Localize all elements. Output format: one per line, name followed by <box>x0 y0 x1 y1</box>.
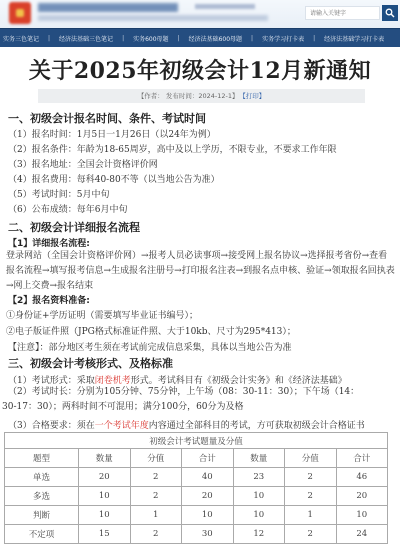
table-header: 合计 <box>182 449 234 468</box>
nav-separator: | <box>245 35 259 42</box>
nav-separator: | <box>307 35 321 42</box>
search-icon <box>385 8 395 18</box>
registration-process: 登录网站（全国会计资格评价网）→报考人员必读事项→接受网上报名协议→选择报考省份… <box>6 249 396 294</box>
section2-heading: 二、初级会计详细报名流程 <box>8 219 140 235</box>
section3-item3: （3）合格要求：须在一个考试年度内容通过全部科目的考试，方可获取初级会计合格证书 <box>8 418 365 431</box>
nav-item-jingjifa-notes[interactable]: 经济法基础三色笔记 <box>56 34 116 43</box>
table-caption: 初级会计考试题量及分值 <box>5 433 388 449</box>
table-cell: 1 <box>130 506 182 525</box>
table-cell: 46 <box>336 468 388 487</box>
table-cell: 2 <box>285 468 337 487</box>
section1-item: （4）报名费用：每科40-80不等（以当地公告为准） <box>8 172 220 185</box>
nav-separator: | <box>116 35 130 42</box>
section1-item: （3）报名地址：全国会计资格评价网 <box>8 157 158 170</box>
table-cell: 判断 <box>5 506 79 525</box>
table-cell: 10 <box>233 487 285 506</box>
nav-separator: | <box>42 35 56 42</box>
article-title: 关于2025年初级会计12月新通知 <box>0 54 400 85</box>
table-cell: 30 <box>182 525 234 544</box>
table-cell: 2 <box>285 525 337 544</box>
top-nav: 实务三色笔记 | 经济法基础三色笔记 | 实务600母题 | 经济法基础600母… <box>0 28 400 47</box>
table-cell: 10 <box>233 506 285 525</box>
section2-sub2: 【2】报名资料准备: <box>8 293 90 306</box>
material-item: ①身份证+学历证明（需要填写毕业证书编号）； <box>6 308 198 321</box>
nav-item-jingjifa-600[interactable]: 经济法基础600母题 <box>186 34 245 43</box>
nav-item-shiwu-600[interactable]: 实务600母题 <box>130 34 171 43</box>
table-row: 不定项 15 2 30 12 2 24 <box>5 525 388 544</box>
section1-item: （1）报名时间：1月5日一1月26日（以24年为例） <box>8 127 216 140</box>
table-header: 分值 <box>285 449 337 468</box>
article-meta: 【作者： 发布时间：2024-12-1】【打印】 <box>38 89 365 103</box>
section3-item2: （2）考试时长：分别为105分钟、75分钟，上午场（08：30-11：30）；下… <box>2 385 372 415</box>
table-cell: 2 <box>130 525 182 544</box>
table-cell: 15 <box>79 525 131 544</box>
notice-text: 【注意】：部分地区考生须在考试前完成信息采集，具体以当地公告为准 <box>8 340 292 353</box>
table-cell: 20 <box>336 487 388 506</box>
table-cell: 10 <box>336 506 388 525</box>
item3-suffix: 内容通过全部科目的考试，方可获取初级会计合格证书 <box>149 421 365 431</box>
table-row: 多选 10 2 20 10 2 20 <box>5 487 388 506</box>
table-cell: 10 <box>79 506 131 525</box>
section1-item: （2）报名条件：年龄为18-65周岁，高中及以上学历，不限专业，不要求工作年限 <box>8 142 337 155</box>
site-logo[interactable] <box>9 2 31 24</box>
search-button[interactable] <box>382 5 398 21</box>
table-header: 合计 <box>336 449 388 468</box>
table-caption-row: 初级会计考试题量及分值 <box>5 433 388 449</box>
site-name-blurred <box>38 3 178 12</box>
item3-highlight: 一个考试年度 <box>95 421 149 431</box>
table-cell: 2 <box>130 487 182 506</box>
nav-item-shiwu-checkin[interactable]: 实务学习打卡表 <box>259 34 307 43</box>
table-cell: 24 <box>336 525 388 544</box>
table-cell: 20 <box>79 468 131 487</box>
table-cell: 多选 <box>5 487 79 506</box>
section1-item: （5）考试时间：5月中旬 <box>8 187 109 200</box>
table-cell: 10 <box>79 487 131 506</box>
table-cell: 不定项 <box>5 525 79 544</box>
table-row: 判断 10 1 10 10 1 10 <box>5 506 388 525</box>
table-cell: 40 <box>182 468 234 487</box>
site-header <box>0 0 400 28</box>
table-row: 单选 20 2 40 23 2 46 <box>5 468 388 487</box>
table-header: 题型 <box>5 449 79 468</box>
table-cell: 20 <box>182 487 234 506</box>
table-cell: 1 <box>285 506 337 525</box>
table-cell: 单选 <box>5 468 79 487</box>
print-link[interactable]: 【打印】 <box>242 92 265 100</box>
table-cell: 2 <box>285 487 337 506</box>
section2-sub1: 【1】详细报名流程: <box>8 236 90 249</box>
table-header-row: 题型 数量 分值 合计 数量 分值 合计 <box>5 449 388 468</box>
article-meta-text: 【作者： 发布时间：2024-12-1】 <box>138 92 239 100</box>
table-header: 数量 <box>79 449 131 468</box>
table-cell: 12 <box>233 525 285 544</box>
section1-heading: 一、初级会计报名时间、条件、考试时间 <box>8 110 206 126</box>
site-subtitle-blurred <box>38 15 268 21</box>
nav-item-jingjifa-checkin[interactable]: 经济法基础学习打卡表 <box>321 34 387 43</box>
item3-prefix: （3）合格要求：须在 <box>8 421 95 431</box>
section3-heading: 三、初级会计考核形式、及格标准 <box>8 355 173 371</box>
table-header: 分值 <box>130 449 182 468</box>
material-item: ②电子版证件照（JPG格式标准证件照、大于10kb、尺寸为295*413）； <box>6 324 296 337</box>
site-tagline-blurred <box>195 4 255 9</box>
table-cell: 2 <box>130 468 182 487</box>
nav-item-shiwu-notes[interactable]: 实务三色笔记 <box>0 34 42 43</box>
section1-item: （6）公布成绩：每年6月中旬 <box>8 202 127 215</box>
table-cell: 10 <box>182 506 234 525</box>
table-header: 数量 <box>233 449 285 468</box>
table-cell: 23 <box>233 468 285 487</box>
nav-separator: | <box>172 35 186 42</box>
search-input[interactable] <box>305 6 380 20</box>
logo-emblem-icon <box>16 9 24 17</box>
score-table: 初级会计考试题量及分值 题型 数量 分值 合计 数量 分值 合计 单选 20 2… <box>4 432 388 544</box>
